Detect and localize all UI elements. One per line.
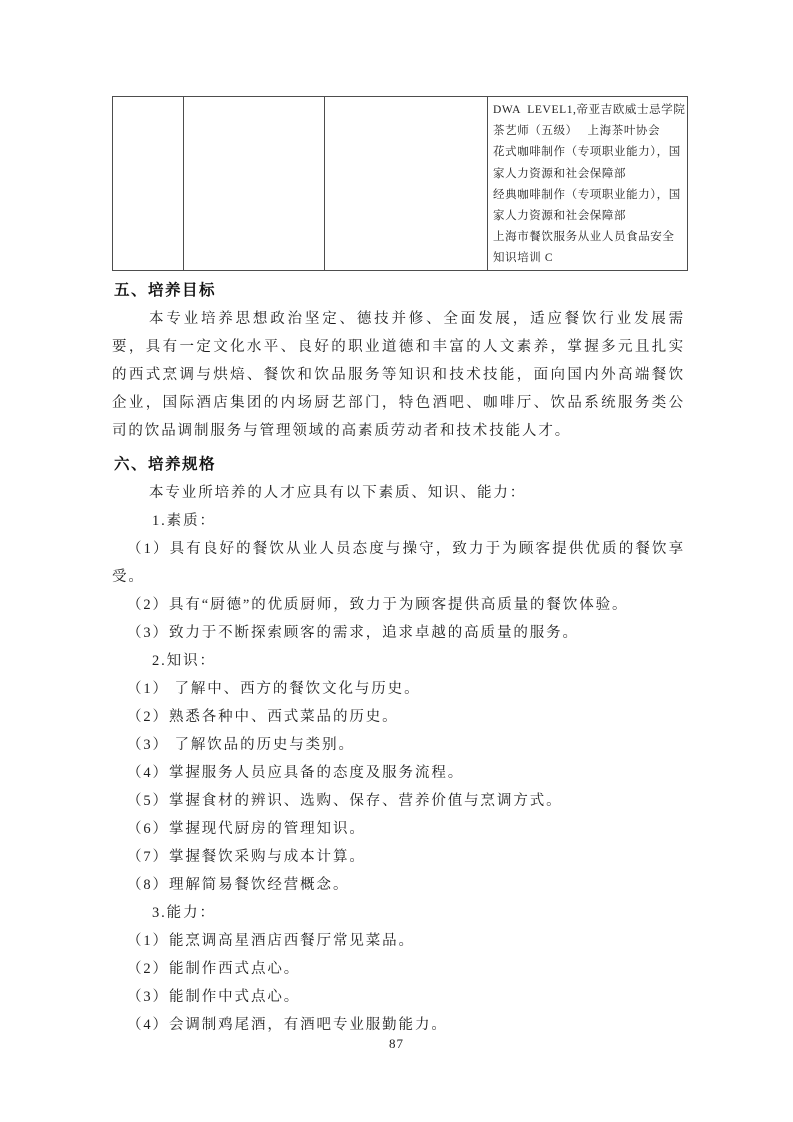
list-item: （6）掌握现代厨房的管理知识。	[112, 815, 685, 843]
group-label-quality: 1.素质：	[112, 507, 685, 535]
certificate-line: 经典咖啡制作（专项职业能力），国	[493, 185, 687, 206]
list-item: （5）掌握食材的辨识、选购、保存、营养价值与烹调方式。	[112, 787, 685, 815]
list-item: （8）理解简易餐饮经营概念。	[112, 871, 685, 899]
document-page: DWA LEVEL1,帝亚吉欧威士忌学院 茶艺师（五级） 上海茶叶协会 花式咖啡…	[0, 0, 793, 1122]
page-number: 87	[0, 1036, 793, 1052]
certificate-line: 上海市餐饮服务从业人员食品安全	[493, 227, 687, 248]
list-item: （1）具有良好的餐饮从业人员态度与操守，致力于为顾客提供优质的餐饮享受。	[112, 535, 685, 591]
list-item: （1）能烹调高星酒店西餐厅常见菜品。	[112, 927, 685, 955]
certificate-line: 花式咖啡制作（专项职业能力），国	[493, 142, 687, 163]
group-label-ability: 3.能力：	[112, 899, 685, 927]
certificates-text: DWA LEVEL1,帝亚吉欧威士忌学院 茶艺师（五级） 上海茶叶协会 花式咖啡…	[488, 97, 687, 270]
list-item: （4）掌握服务人员应具备的态度及服务流程。	[112, 759, 685, 787]
table-cell-empty-1	[113, 97, 184, 271]
list-item: （7）掌握餐饮采购与成本计算。	[112, 843, 685, 871]
list-item: （3）致力于不断探索顾客的需求，追求卓越的高质量的服务。	[112, 619, 685, 647]
certificate-line: 家人力资源和社会保障部	[493, 206, 687, 227]
certificates-table: DWA LEVEL1,帝亚吉欧威士忌学院 茶艺师（五级） 上海茶叶协会 花式咖啡…	[112, 96, 688, 271]
list-item: （4）会调制鸡尾酒，有酒吧专业服勤能力。	[112, 1011, 685, 1039]
certificate-line: 家人力资源和社会保障部	[493, 164, 687, 185]
section-6-heading: 六、培养规格	[114, 451, 685, 479]
list-item: （2）能制作西式点心。	[112, 955, 685, 983]
table-cell-certificates: DWA LEVEL1,帝亚吉欧威士忌学院 茶艺师（五级） 上海茶叶协会 花式咖啡…	[488, 97, 688, 271]
list-item: （3） 了解饮品的历史与类别。	[112, 731, 685, 759]
certificate-line: DWA LEVEL1,帝亚吉欧威士忌学院	[493, 100, 687, 121]
list-item: （2）具有“厨德”的优质厨师，致力于为顾客提供高质量的餐饮体验。	[112, 591, 685, 619]
table-cell-empty-3	[325, 97, 488, 271]
table-cell-empty-2	[184, 97, 325, 271]
certificate-line: 茶艺师（五级） 上海茶叶协会	[493, 121, 687, 142]
list-item: （3）能制作中式点心。	[112, 983, 685, 1011]
list-item: （1） 了解中、西方的餐饮文化与历史。	[112, 675, 685, 703]
table-row: DWA LEVEL1,帝亚吉欧威士忌学院 茶艺师（五级） 上海茶叶协会 花式咖啡…	[113, 97, 688, 271]
list-item: （2）熟悉各种中、西式菜品的历史。	[112, 703, 685, 731]
section-5-heading: 五、培养目标	[114, 277, 685, 305]
section-6-intro: 本专业所培养的人才应具有以下素质、知识、能力：	[112, 479, 685, 507]
section-5-paragraph: 本专业培养思想政治坚定、德技并修、全面发展，适应餐饮行业发展需要，具有一定文化水…	[112, 305, 685, 445]
certificate-line: 知识培训 C	[493, 248, 687, 269]
group-label-knowledge: 2.知识：	[112, 647, 685, 675]
page-content: DWA LEVEL1,帝亚吉欧威士忌学院 茶艺师（五级） 上海茶叶协会 花式咖啡…	[112, 96, 685, 1039]
